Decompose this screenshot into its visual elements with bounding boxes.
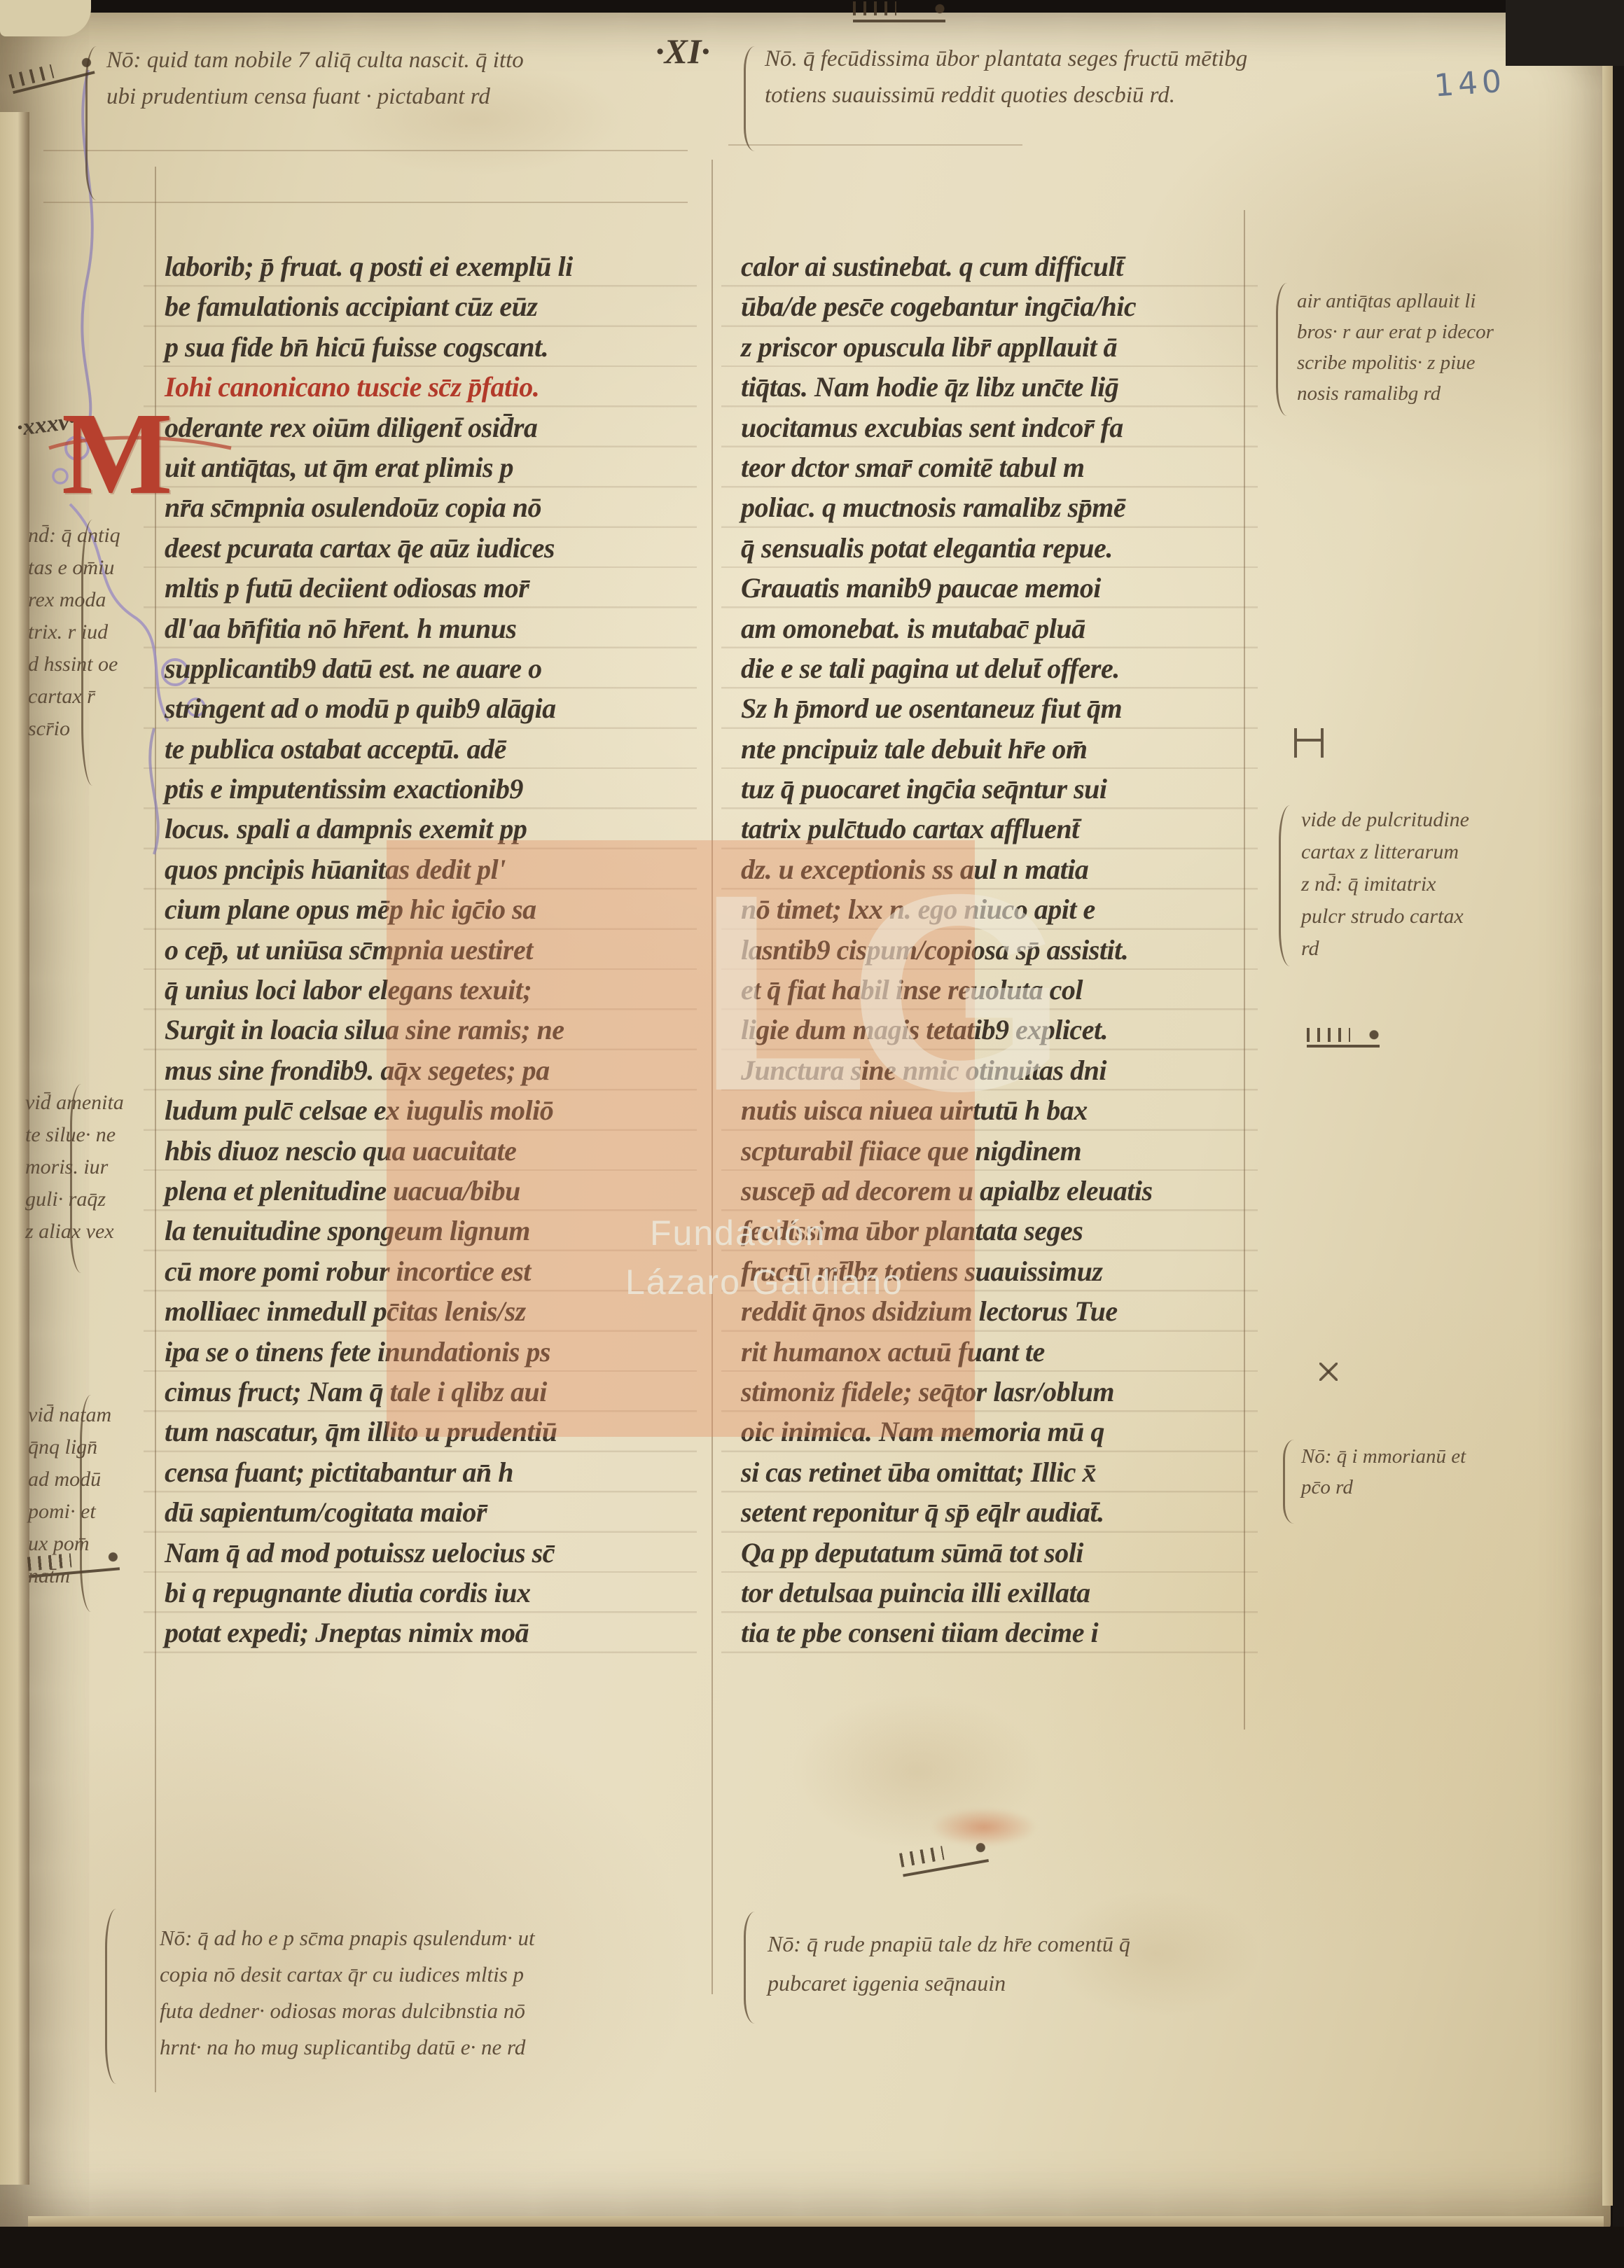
torn-corner xyxy=(0,0,91,36)
text-line: hrnt· na ho mug suplicantibg datū e· ne… xyxy=(160,2029,535,2066)
decorated-initial: M xyxy=(62,398,173,510)
text-line: bros· r aur erat p idecor xyxy=(1297,316,1494,347)
pen-brace xyxy=(1279,805,1299,966)
margin-gloss-left-1: nd̄: q̄ antiqtas e om̄iurex modatrix. r … xyxy=(28,520,120,745)
text-line: z nd̄: q̄ imitatrix xyxy=(1301,868,1469,900)
text-line: ubi prudentium censa fuant · pictabant r… xyxy=(106,78,524,115)
text-line: pc̄o rd xyxy=(1301,1472,1466,1503)
text-line: te silue· ne xyxy=(25,1119,124,1151)
text-line: bi q repugnante diutia cordis iux xyxy=(165,1573,697,1613)
header-gloss-right: Nō. q̄ fecūdissima ūbor plantata sege… xyxy=(765,41,1247,113)
text-line: nat̄m xyxy=(28,1560,111,1592)
quire-mark: ·XI· xyxy=(655,31,710,71)
text-line: rex moda xyxy=(28,584,120,616)
text-line: calor ai sustinebat. q cum difficult̄ xyxy=(741,246,1266,286)
text-line: dū sapientum/cogitata maior̄ xyxy=(165,1492,697,1532)
pen-brace xyxy=(744,46,764,151)
text-line: am omonebat. is mutabac̄ pluā xyxy=(741,608,1266,648)
text-line: z aliax vex xyxy=(25,1216,124,1248)
text-line: uocitamus excubias sent indcor̄ fa xyxy=(741,408,1266,447)
text-line: d hssint oe xyxy=(28,648,120,681)
margin-gloss-right-2: vide de pulcritudinecartax z litterarumz… xyxy=(1301,804,1469,965)
guide-line xyxy=(728,144,1022,146)
text-line: uit antiq̄tas, ut q̄m erat plimis p xyxy=(165,447,697,487)
text-line: tas e om̄iu xyxy=(28,552,120,584)
text-line: ūba/de pesc̄e cogebantur ingc̄ia/hic xyxy=(741,286,1266,326)
text-line: nr̄a sc̄mpnia osulendoūz copia nō xyxy=(165,487,697,527)
text-line: deest pcurata cartax q̄e aūz iudices xyxy=(165,528,697,568)
text-line: teor dctor smar̄ comitē tabul m xyxy=(741,447,1266,487)
page-edge xyxy=(1602,63,1613,2206)
page-edge xyxy=(28,2216,1604,2227)
text-line: ux pom̄ xyxy=(28,1528,111,1560)
text-line: nosis ramalibg rd xyxy=(1297,378,1494,409)
text-line: dl'aa bn̄fitia nō hr̄ent. h munus xyxy=(165,608,697,648)
red-ink-smudge xyxy=(931,1808,1036,1846)
pen-brace xyxy=(1276,283,1296,416)
text-line: tia te pbe conseni tiiam decime i xyxy=(741,1613,1266,1653)
text-line: Nam q̄ ad mod potuissz uelocius sc̄ xyxy=(165,1533,697,1573)
text-line: laborib; p̄ fruat. q posti ei exemplū l… xyxy=(165,246,697,286)
watermark-text-line1: Fundación xyxy=(650,1213,826,1253)
text-line: p sua fide bn̄ hicū fuisse cogscant. xyxy=(165,327,697,367)
text-line: q̄nq lign̄ xyxy=(28,1431,111,1463)
text-line: tiq̄tas. Nam hodie q̄z libz unc̄te liḡ xyxy=(741,367,1266,407)
text-line: totiens suauissimū reddit quoties descb… xyxy=(765,77,1247,113)
margin-gloss-left-2: vid̄ amenitate silue· nemoris. iurguli· … xyxy=(25,1087,124,1248)
left-column-upper: laborib; p̄ fruat. q posti ei exemplū l… xyxy=(165,246,697,367)
text-line: Qa pp deputatum sūmā tot soli xyxy=(741,1533,1266,1573)
text-line: rd xyxy=(1301,933,1469,965)
text-line: scribe mpolitis· z piue xyxy=(1297,347,1494,378)
manuscript-scan: Nō: quid tam nobile 7 aliq̄ culta nasci… xyxy=(0,0,1624,2268)
text-line: pulcr strudo cartax xyxy=(1301,900,1469,933)
text-line: te publica ostabat acceptū. adē xyxy=(165,729,697,769)
text-line: censa fuant; pictitabantur an̄ h xyxy=(165,1452,697,1492)
text-line: ptis e imputentissim exactionib9 xyxy=(165,769,697,809)
folio-number: 140 xyxy=(1433,64,1506,104)
background-corner xyxy=(1506,0,1624,66)
text-line: q̄ sensualis potat elegantia repue. xyxy=(741,528,1266,568)
text-line: pubcaret iggenia seq̄nauin xyxy=(768,1963,1130,2003)
margin-gloss-left-3: vid̄ natamq̄nq lign̄ad modūpomi· etux p… xyxy=(28,1399,111,1592)
text-line: Nō. q̄ fecūdissima ūbor plantata sege… xyxy=(765,41,1247,77)
text-line: nte pncipuiz tale debuit hr̄e om̄ xyxy=(741,729,1266,769)
text-line: Nō: q̄ ad ho e p sc̄ma pnapis qsulendum… xyxy=(160,1920,535,1956)
text-line: poliac. q muctnosis ramalibz sp̄mē xyxy=(741,487,1266,527)
text-line: futa dedner· odiosas moras dulcibnstia n… xyxy=(160,1993,535,2029)
watermark-monogram: LG xyxy=(698,853,1047,1133)
text-line: scr̄io xyxy=(28,713,120,745)
text-line: si cas retinet ūba omittat; Illic x̄ xyxy=(741,1452,1266,1492)
text-line: moris. iur xyxy=(25,1151,124,1183)
foot-gloss-right: Nō: q̄ rude pnapiū tale dz hr̄e coment… xyxy=(768,1924,1130,2003)
text-line: vide de pulcritudine xyxy=(1301,804,1469,836)
text-line: Nō: q̄ rude pnapiū tale dz hr̄e coment… xyxy=(768,1924,1130,1963)
text-line: air antiq̄tas apllauit li xyxy=(1297,286,1494,316)
rubric-line: Iohi canonicano tuscie sc̄z p̄fatio. xyxy=(165,367,697,407)
text-line: trix. r iud xyxy=(28,616,120,648)
x-pen-mark xyxy=(1319,1363,1338,1381)
pen-brace xyxy=(744,1912,764,2024)
background-edge xyxy=(0,2227,1624,2268)
tally-key-mark xyxy=(1307,1028,1380,1048)
text-line: tor detulsaa puincia illi exillata xyxy=(741,1573,1266,1613)
text-line: supplicantib9 datū est. ne auare o xyxy=(165,648,697,688)
text-line: potat expedi; Jneptas nimix moā xyxy=(165,1613,697,1653)
text-line: stringent ad o modū p quib9 alāgia xyxy=(165,688,697,728)
text-line: vid̄ natam xyxy=(28,1399,111,1431)
text-line: nd̄: q̄ antiq xyxy=(28,520,120,552)
text-line: pomi· et xyxy=(28,1496,111,1528)
text-line: vid̄ amenita xyxy=(25,1087,124,1119)
text-line: z priscor opuscula libr̄ appllauit ā xyxy=(741,327,1266,367)
background-edge xyxy=(1613,0,1624,2268)
text-line: guli· raq̄z xyxy=(25,1183,124,1216)
text-line: Sz h p̄mord ue osentaneuz fiut q̄m xyxy=(741,688,1266,728)
text-line: cartax r̄ xyxy=(28,681,120,713)
margin-gloss-right-3: Nō: q̄ i mmorianū etpc̄o rd xyxy=(1301,1441,1466,1503)
foot-gloss-left: Nō: q̄ ad ho e p sc̄ma pnapis qsulendum… xyxy=(160,1920,535,2066)
text-line: mltis p futū deciient odiosas mor̄ xyxy=(165,568,697,608)
text-line: ad modū xyxy=(28,1463,111,1496)
h-pen-mark xyxy=(1294,728,1324,758)
text-line: die e se tali pagina ut delut̄ offere. xyxy=(741,648,1266,688)
text-line: oderante rex oiūm diligent̄ osid̄ra xyxy=(165,408,697,447)
margin-gloss-right-1: air antiq̄tas apllauit libros· r aur era… xyxy=(1297,286,1494,409)
pen-brace xyxy=(105,1909,125,2084)
watermark-text-line2: Lázaro Galdiano xyxy=(625,1262,903,1302)
text-line: copia nō desit cartax q̄r cu iudices ml… xyxy=(160,1956,535,1993)
text-line: Nō: quid tam nobile 7 aliq̄ culta nasci… xyxy=(106,42,524,78)
tally-key-mark xyxy=(853,1,945,22)
text-line: Grauatis manib9 paucae memoi xyxy=(741,568,1266,608)
text-line: Nō: q̄ i mmorianū et xyxy=(1301,1441,1466,1472)
text-line: be famulationis accipiant cūz eūz xyxy=(165,286,697,326)
text-line: cartax z litterarum xyxy=(1301,836,1469,868)
text-line: setent reponitur q̄ sp̄ eq̄lr audiat̄. xyxy=(741,1492,1266,1532)
header-gloss-left: Nō: quid tam nobile 7 aliq̄ culta nasci… xyxy=(106,42,524,115)
text-line: tuz q̄ puocaret ingc̄ia seq̄ntur sui xyxy=(741,769,1266,809)
pen-brace xyxy=(1283,1440,1303,1524)
